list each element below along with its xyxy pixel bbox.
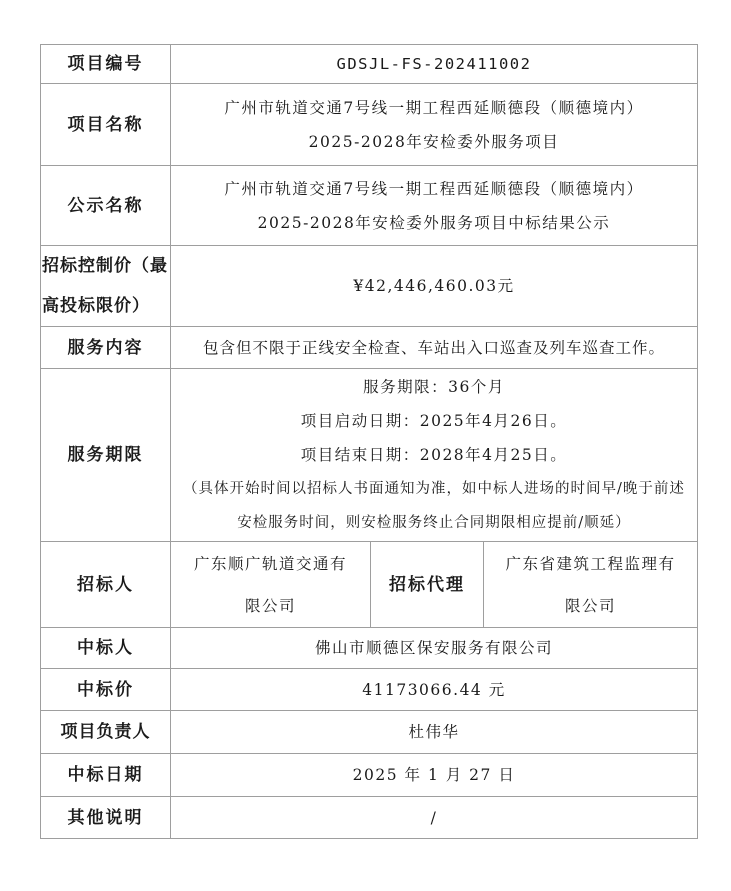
notice-name-label: 公示名称: [41, 166, 171, 246]
tender-agent-value-line-1: 广东省建筑工程监理有: [484, 543, 697, 585]
tender-agent-value-line-2: 限公司: [484, 585, 697, 627]
award-result-table: 项目编号 GDSJL-FS-202411002 项目名称 广州市轨道交通7号线一…: [40, 44, 698, 839]
row-service-content: 服务内容 包含但不限于正线安全检查、车站出入口巡查及列车巡查工作。: [41, 327, 698, 369]
row-other-notes: 其他说明 /: [41, 797, 698, 839]
service-period-note-line-2: 安检服务时间，则安检服务终止合同期限相应提前/顺延）: [171, 506, 697, 540]
tender-agent-value: 广东省建筑工程监理有 限公司: [484, 542, 698, 628]
award-date-value: 2025 年 1 月 27 日: [171, 754, 698, 797]
row-tenderer: 招标人 广东顺广轨道交通有 限公司 招标代理 广东省建筑工程监理有 限公司: [41, 542, 698, 628]
service-period-start-date: 项目启动日期：2025年4月26日。: [171, 404, 697, 438]
winning-price-value: 41173066.44 元: [171, 669, 698, 711]
project-number-label: 项目编号: [41, 45, 171, 84]
service-period-duration: 服务期限：36个月: [171, 370, 697, 404]
tenderer-value-line-2: 限公司: [171, 585, 370, 627]
notice-name-line-1: 广州市轨道交通7号线一期工程西延顺德段（顺德境内）: [171, 172, 697, 206]
winner-label: 中标人: [41, 628, 171, 669]
row-service-period: 服务期限 服务期限：36个月 项目启动日期：2025年4月26日。 项目结束日期…: [41, 369, 698, 542]
service-period-end-date: 项目结束日期：2028年4月25日。: [171, 438, 697, 472]
control-price-label-line-2: 高投标限价）: [42, 286, 170, 326]
winning-price-label: 中标价: [41, 669, 171, 711]
service-period-label: 服务期限: [41, 369, 171, 542]
notice-name-line-2: 2025-2028年安检委外服务项目中标结果公示: [171, 206, 697, 240]
control-price-value: ¥42,446,460.03元: [171, 246, 698, 327]
project-number-value: GDSJL-FS-202411002: [171, 45, 698, 84]
row-project-name: 项目名称 广州市轨道交通7号线一期工程西延顺德段（顺德境内） 2025-2028…: [41, 84, 698, 166]
tender-agent-label: 招标代理: [371, 542, 484, 628]
service-period-value: 服务期限：36个月 项目启动日期：2025年4月26日。 项目结束日期：2028…: [171, 369, 698, 542]
service-content-value: 包含但不限于正线安全检查、车站出入口巡查及列车巡查工作。: [171, 327, 698, 369]
row-control-price: 招标控制价（最 高投标限价） ¥42,446,460.03元: [41, 246, 698, 327]
award-date-label: 中标日期: [41, 754, 171, 797]
notice-name-value: 广州市轨道交通7号线一期工程西延顺德段（顺德境内） 2025-2028年安检委外…: [171, 166, 698, 246]
control-price-label: 招标控制价（最 高投标限价）: [41, 246, 171, 327]
row-award-date: 中标日期 2025 年 1 月 27 日: [41, 754, 698, 797]
tenderer-value-line-1: 广东顺广轨道交通有: [171, 543, 370, 585]
project-name-line-2: 2025-2028年安检委外服务项目: [171, 125, 697, 159]
row-winner: 中标人 佛山市顺德区保安服务有限公司: [41, 628, 698, 669]
control-price-label-line-1: 招标控制价（最: [42, 246, 170, 286]
service-content-label: 服务内容: [41, 327, 171, 369]
project-manager-label: 项目负责人: [41, 711, 171, 754]
row-project-manager: 项目负责人 杜伟华: [41, 711, 698, 754]
service-period-note-line-1: （具体开始时间以招标人书面通知为准，如中标人进场的时间早/晚于前述: [171, 472, 697, 506]
project-name-label: 项目名称: [41, 84, 171, 166]
other-notes-label: 其他说明: [41, 797, 171, 839]
row-notice-name: 公示名称 广州市轨道交通7号线一期工程西延顺德段（顺德境内） 2025-2028…: [41, 166, 698, 246]
other-notes-value: /: [171, 797, 698, 839]
project-manager-value: 杜伟华: [171, 711, 698, 754]
tenderer-label: 招标人: [41, 542, 171, 628]
row-winning-price: 中标价 41173066.44 元: [41, 669, 698, 711]
winner-value: 佛山市顺德区保安服务有限公司: [171, 628, 698, 669]
row-project-number: 项目编号 GDSJL-FS-202411002: [41, 45, 698, 84]
project-name-value: 广州市轨道交通7号线一期工程西延顺德段（顺德境内） 2025-2028年安检委外…: [171, 84, 698, 166]
tenderer-value: 广东顺广轨道交通有 限公司: [171, 542, 371, 628]
project-name-line-1: 广州市轨道交通7号线一期工程西延顺德段（顺德境内）: [171, 91, 697, 125]
